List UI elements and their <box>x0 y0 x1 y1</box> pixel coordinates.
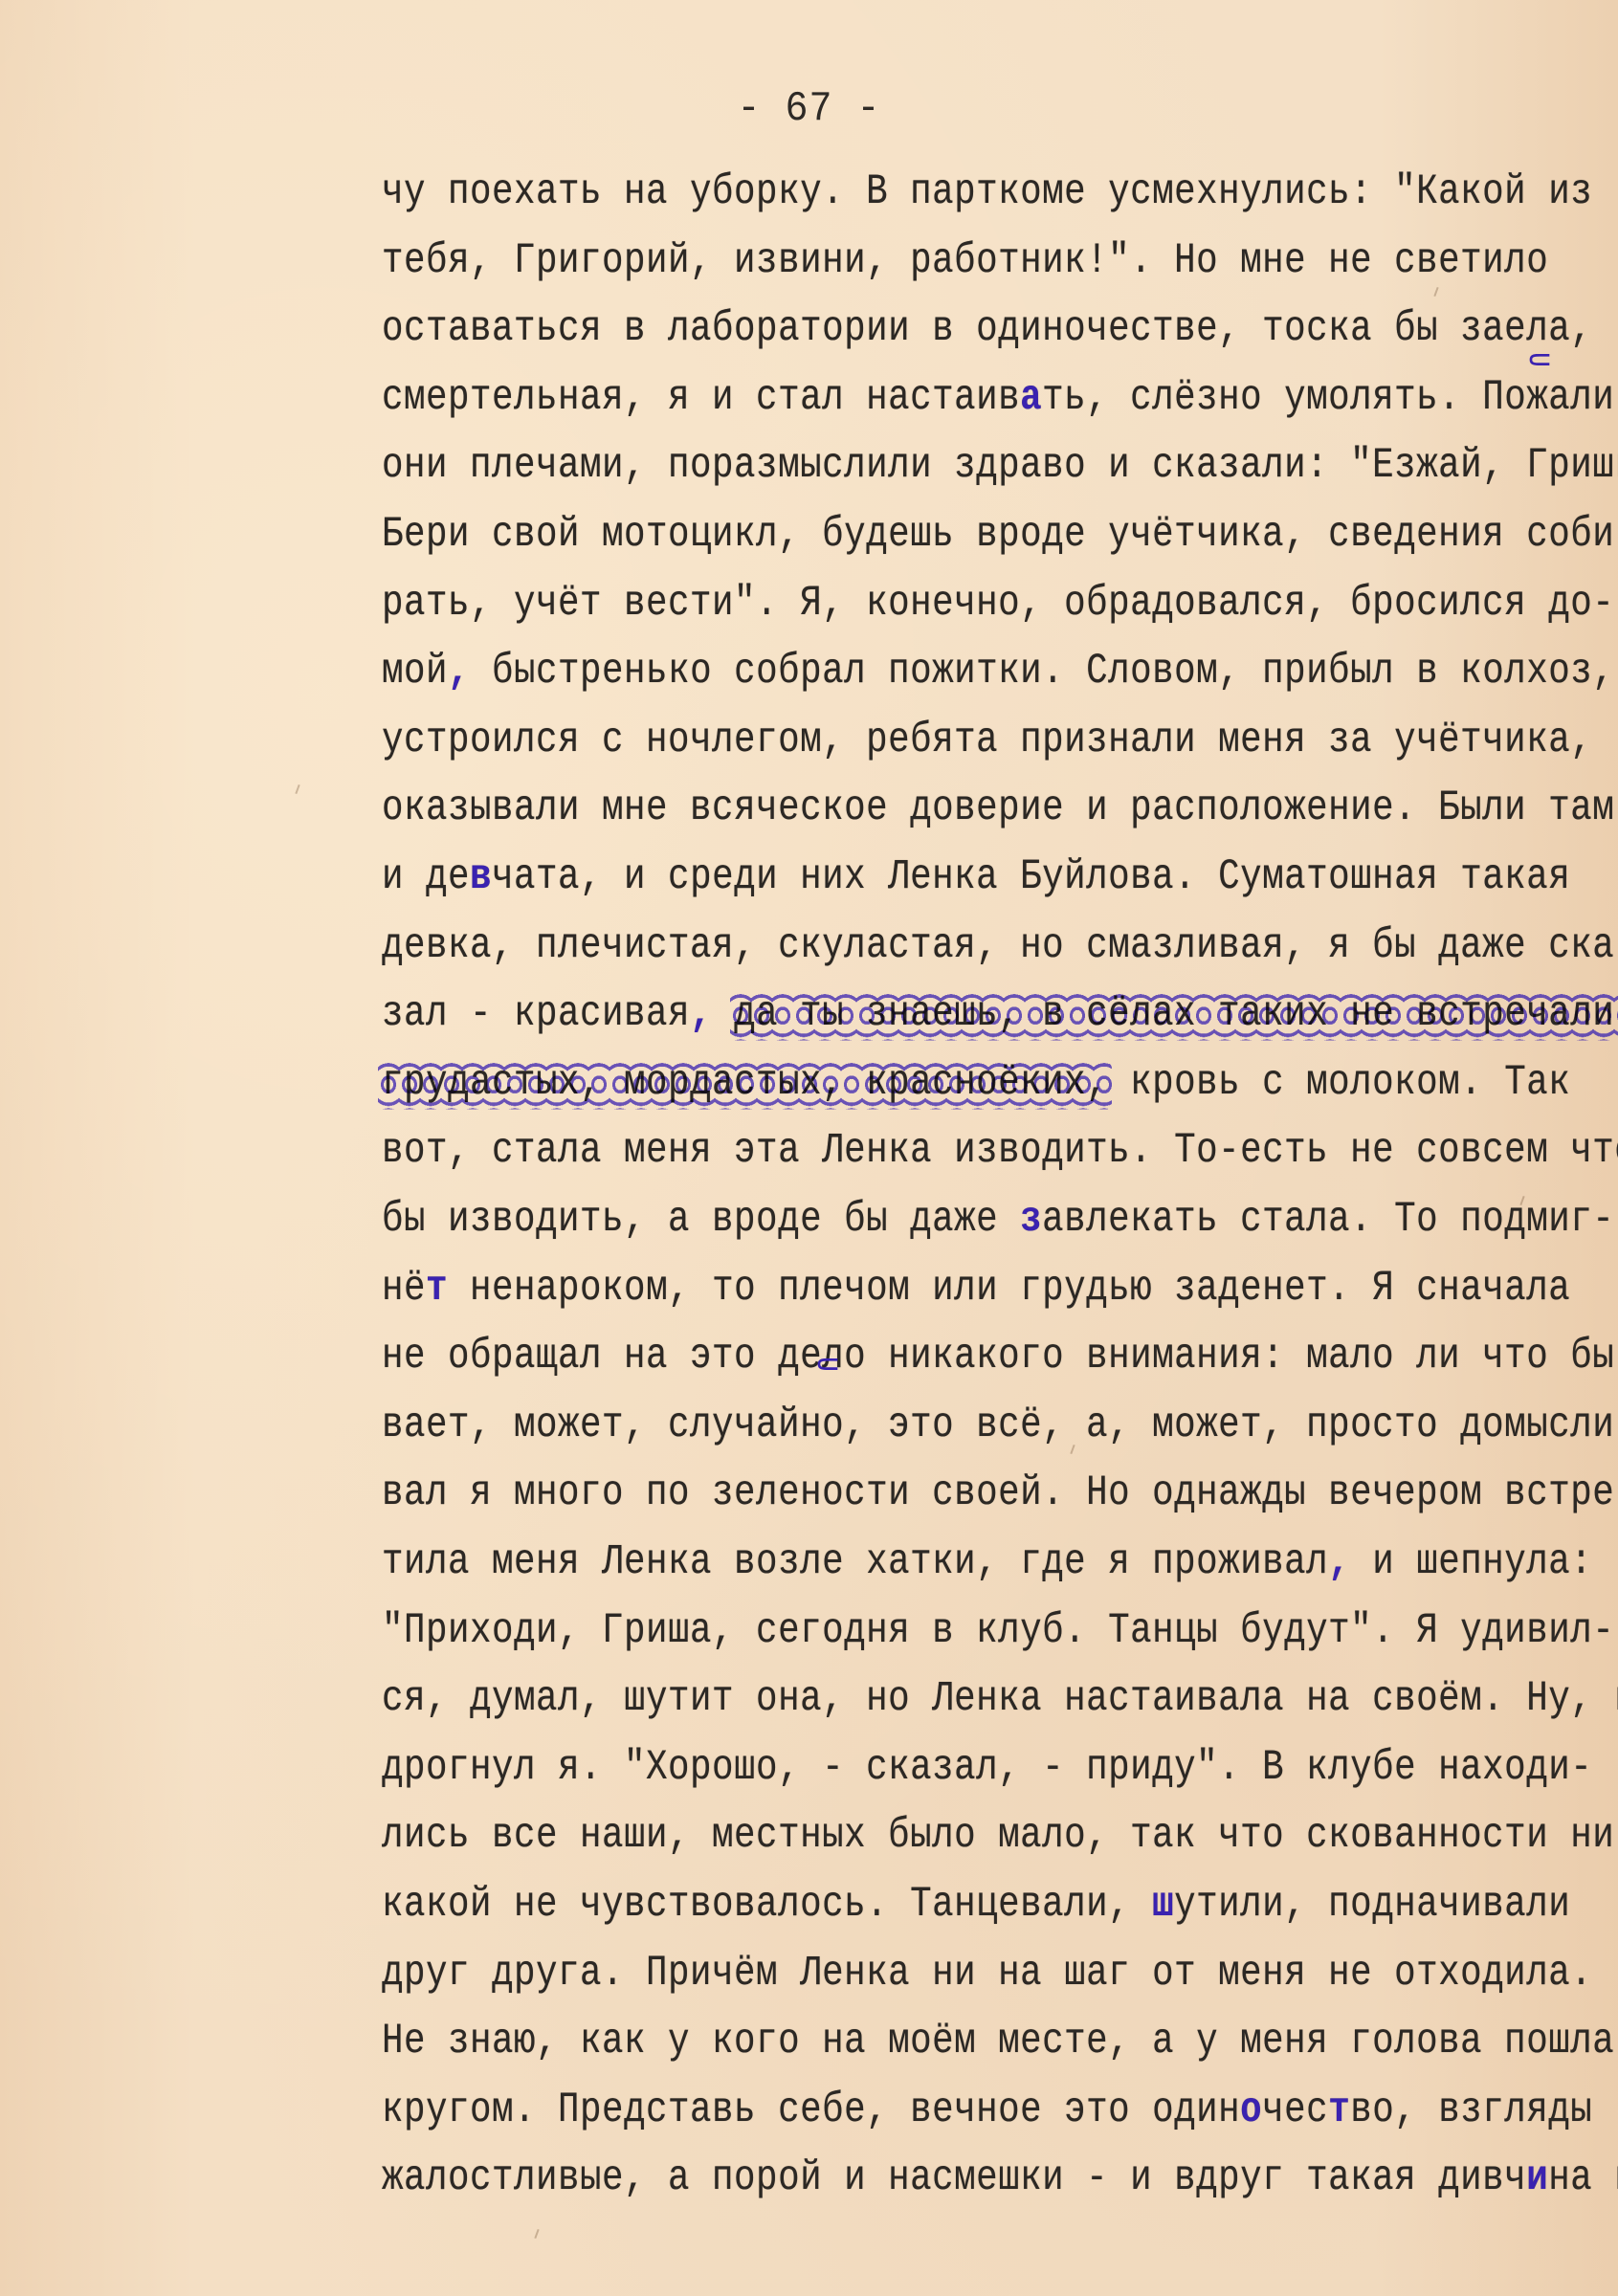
text-line: смертельная, я и стал настаивать, слёзно… <box>382 370 1614 427</box>
typed-text: бы изводить, а вроде бы даже <box>382 1197 1020 1245</box>
typed-text: чес <box>1262 2087 1328 2135</box>
text-line: девка, плечистая, скуластая, но смазлива… <box>382 918 1618 975</box>
text-line: друг друга. Причём Ленка ни на шаг от ме… <box>382 1946 1592 2002</box>
ink-correction: , <box>448 649 470 696</box>
typed-text: жалостливые, а порой и насмешки - и вдру… <box>382 2155 1526 2203</box>
typed-text: друг друга. Причём Ленка ни на шаг от ме… <box>382 1950 1592 1998</box>
ink-correction: , <box>690 991 712 1039</box>
typed-text: вал я много по зелености своей. Но однаж… <box>382 1470 1618 1518</box>
typed-text: и де <box>382 854 470 902</box>
text-line: они плечами, поразмыслили здраво и сказа… <box>382 438 1618 495</box>
typed-text: тебя, Григорий, извини, работник!". Но м… <box>382 237 1548 285</box>
text-line: оставаться в лаборатории в одиночестве, … <box>382 301 1592 358</box>
typed-text: авлекать стала. То подмиг- <box>1042 1197 1614 1245</box>
text-line: нёт ненароком, то плечом или грудью заде… <box>382 1261 1570 1317</box>
typed-text: лись все наши, местных было мало, так чт… <box>382 1813 1618 1861</box>
struck-through-text: грудастых, мордастых, красноёких, <box>382 1055 1108 1112</box>
ink-correction: , <box>1328 1539 1350 1587</box>
typed-text: Не знаю, как у кого на моём месте, а у м… <box>382 2019 1614 2066</box>
typed-text: какой не чувствовалось. Танцевали, <box>382 1882 1152 1930</box>
text-line: жалостливые, а порой и насмешки - и вдру… <box>382 2151 1618 2207</box>
ink-correction: з <box>1020 1197 1042 1245</box>
page-number: - 67 - <box>0 86 1618 134</box>
struck-through-text: да ты знаешь, в сёлах таких не встречали… <box>734 986 1618 1043</box>
typed-text: чу поехать на уборку. В парткоме усмехну… <box>382 169 1592 217</box>
typed-text: вает, может, случайно, это всё, а, может… <box>382 1402 1618 1450</box>
typed-text: Бери свой мотоцикл, будешь вроде учётчик… <box>382 512 1618 560</box>
text-line: Не знаю, как у кого на моём месте, а у м… <box>382 2014 1614 2070</box>
typed-text: они плечами, поразмыслили здраво и сказа… <box>382 443 1618 491</box>
typed-text: и шепнула: <box>1350 1539 1592 1587</box>
typed-text: мой <box>382 649 448 696</box>
text-line: тебя, Григорий, извини, работник!". Но м… <box>382 233 1548 290</box>
typed-text: оказывали мне всяческое доверие и распол… <box>382 785 1614 833</box>
typed-text: нё <box>382 1265 426 1313</box>
typed-text: чата, и среди них Ленка Буйлова. Суматош… <box>492 854 1570 902</box>
typed-text: кругом. Представь себе, вечное это один <box>382 2087 1240 2135</box>
typed-text: устроился с ночлегом, ребята признали ме… <box>382 717 1592 765</box>
text-line: грудастых, мордастых, красноёких, кровь … <box>382 1055 1570 1112</box>
typed-text: утили, подначивали <box>1174 1882 1570 1930</box>
typed-text: тила меня Ленка возле хатки, где я прожи… <box>382 1539 1328 1587</box>
typed-text: зал - красивая <box>382 991 690 1039</box>
text-line: вал я много по зелености своей. Но однаж… <box>382 1466 1618 1522</box>
text-line: не обращал на это дело никакого внимания… <box>382 1329 1618 1385</box>
typed-text: вот, стала меня эта Ленка изводить. То-е… <box>382 1128 1618 1176</box>
text-line: вает, может, случайно, это всё, а, может… <box>382 1398 1618 1454</box>
text-line: устроился с ночлегом, ребята признали ме… <box>382 713 1592 769</box>
typed-text: рать, учёт вести". Я, конечно, обрадовал… <box>382 580 1614 628</box>
ink-correction: а <box>1020 375 1042 423</box>
ink-correction: ш <box>1152 1882 1174 1930</box>
text-line: какой не чувствовалось. Танцевали, шутил… <box>382 1877 1570 1933</box>
text-line: "Приходи, Гриша, сегодня в клуб. Танцы б… <box>382 1603 1614 1660</box>
comma-insert-mark: ⸦ <box>1523 337 1556 381</box>
text-line: Бери свой мотоцикл, будешь вроде учётчик… <box>382 507 1618 563</box>
ink-correction: т <box>426 1265 448 1313</box>
typed-text: ть, слёзно умолять. Пожали <box>1042 375 1614 423</box>
text-line: чу поехать на уборку. В парткоме усмехну… <box>382 165 1592 221</box>
text-line: зал - красивая, да ты знаешь, в сёлах та… <box>382 986 1618 1043</box>
text-line: тила меня Ленка возле хатки, где я прожи… <box>382 1534 1592 1591</box>
text-line: кругом. Представь себе, вечное это одино… <box>382 2083 1592 2139</box>
text-line: рать, учёт вести". Я, конечно, обрадовал… <box>382 576 1614 632</box>
ink-correction: о <box>1240 2087 1262 2135</box>
typed-text: не обращал на это дело никакого внимания… <box>382 1334 1618 1381</box>
text-line: мой, быстренько собрал пожитки. Словом, … <box>382 644 1614 700</box>
typed-text: девка, плечистая, скуластая, но смазлива… <box>382 922 1618 970</box>
text-line: ся, думал, шутит она, но Ленка настаивал… <box>382 1671 1618 1728</box>
text-line: вот, стала меня эта Ленка изводить. То-е… <box>382 1123 1618 1180</box>
typed-text: на в <box>1548 2155 1618 2203</box>
text-line: дрогнул я. "Хорошо, - сказал, - приду". … <box>382 1740 1592 1797</box>
typed-text: во, взгляды <box>1350 2087 1592 2135</box>
text-line: лись все наши, местных было мало, так чт… <box>382 1808 1618 1865</box>
typed-text: "Приходи, Гриша, сегодня в клуб. Танцы б… <box>382 1607 1614 1655</box>
typed-text: ся, думал, шутит она, но Ленка настаивал… <box>382 1676 1618 1724</box>
text-line: и девчата, и среди них Ленка Буйлова. Су… <box>382 850 1570 906</box>
text-line: оказывали мне всяческое доверие и распол… <box>382 781 1614 837</box>
text-line: бы изводить, а вроде бы даже завлекать с… <box>382 1192 1614 1248</box>
typed-text: смертельная, я и стал настаив <box>382 375 1020 423</box>
typed-text: ненароком, то плечом или грудью заденет.… <box>448 1265 1570 1313</box>
ink-correction: в <box>470 854 492 902</box>
typed-text: кровь с молоком. Так <box>1108 1060 1570 1108</box>
typed-text: быстренько собрал пожитки. Словом, прибы… <box>470 649 1614 696</box>
comma-insert-mark: ⸦ <box>811 1341 844 1385</box>
typed-text: оставаться в лаборатории в одиночестве, … <box>382 306 1592 354</box>
ink-correction: и <box>1526 2155 1548 2203</box>
typewritten-page: - 67 - чу поехать на уборку. В парткоме … <box>0 0 1618 2296</box>
typed-text: дрогнул я. "Хорошо, - сказал, - приду". … <box>382 1745 1592 1793</box>
ink-correction: т <box>1328 2087 1350 2135</box>
